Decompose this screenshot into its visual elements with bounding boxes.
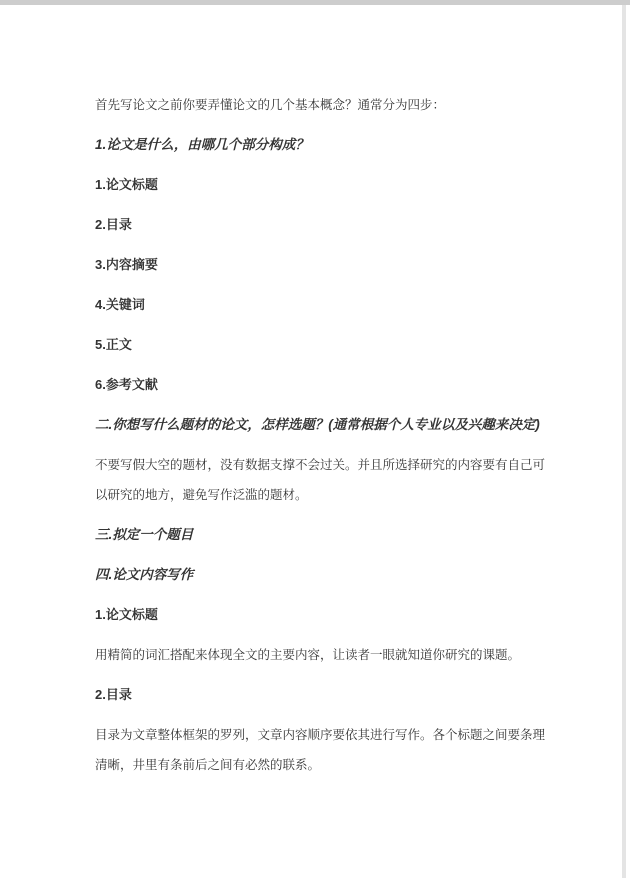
page-right-border xyxy=(622,5,626,878)
subheading-toc: 2.目录 xyxy=(95,680,547,710)
list-item-5: 5.正文 xyxy=(95,330,547,360)
intro-paragraph: 首先写论文之前你要弄懂论文的几个基本概念？通常分为四步： xyxy=(95,90,547,120)
document-body: 首先写论文之前你要弄懂论文的几个基本概念？通常分为四步： 1.论文是什么，由哪几… xyxy=(95,90,547,790)
list-item-3: 3.内容摘要 xyxy=(95,250,547,280)
subheading-thesis-title: 1.论文标题 xyxy=(95,600,547,630)
list-item-2: 2.目录 xyxy=(95,210,547,240)
section-1-heading: 1.论文是什么，由哪几个部分构成？ xyxy=(95,130,547,160)
section-3-heading: 三.拟定一个题目 xyxy=(95,520,547,550)
section-2-heading: 二.你想写什么题材的论文，怎样选题？(通常根据个人专业以及兴趣来决定) xyxy=(95,410,547,440)
list-item-6: 6.参考文献 xyxy=(95,370,547,400)
thesis-title-paragraph: 用精简的词汇搭配来体现全文的主要内容，让读者一眼就知道你研究的课题。 xyxy=(95,640,547,670)
list-item-4: 4.关键词 xyxy=(95,290,547,320)
toc-paragraph: 目录为文章整体框架的罗列，文章内容顺序要依其进行写作。各个标题之间要条理清晰，井… xyxy=(95,720,547,780)
list-item-1: 1.论文标题 xyxy=(95,170,547,200)
section-2-paragraph: 不要写假大空的题材，没有数据支撑不会过关。并且所选择研究的内容要有自己可以研究的… xyxy=(95,450,547,510)
top-border xyxy=(0,0,630,5)
document-viewer: 首先写论文之前你要弄懂论文的几个基本概念？通常分为四步： 1.论文是什么，由哪几… xyxy=(0,0,630,888)
section-4-heading: 四.论文内容写作 xyxy=(95,560,547,590)
